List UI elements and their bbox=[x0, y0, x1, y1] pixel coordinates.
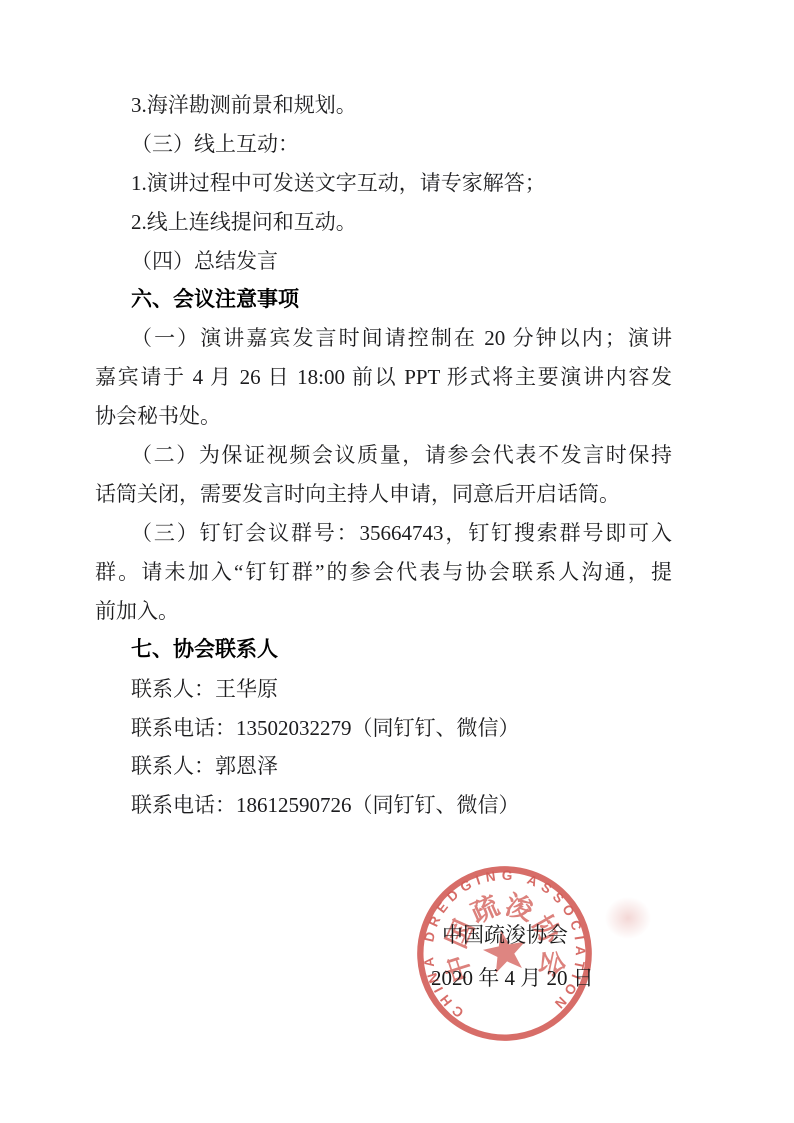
doc-line-interaction-item-1: 1.演讲过程中可发送文字互动，请专家解答； bbox=[95, 164, 672, 203]
doc-line-note-1b: 嘉宾请于 4 月 26 日 18:00 前以 PPT 形式将主要演讲内容发 bbox=[95, 358, 672, 397]
seal-char-jun: 浚 bbox=[502, 888, 537, 926]
contact-phone-line-1: 联系电话：13502032279（同钉钉、微信） bbox=[95, 709, 672, 748]
section-heading-6-meeting-notes: 六、会议注意事项 bbox=[95, 281, 672, 320]
doc-line-note-3c: 前加入。 bbox=[95, 592, 672, 631]
doc-line-note-3b: 群。请未加入“钉钉群”的参会代表与协会联系人沟通，提 bbox=[95, 553, 672, 592]
seal-graphic: CHINA DREDGING ASSOCIATION 中 国 疏 浚 协 会 bbox=[414, 863, 595, 1044]
signature-date: 2020 年 4 月 20 日 bbox=[431, 966, 594, 990]
doc-line-note-3a-dingtalk-group: （三）钉钉会议群号：35664743，钉钉搜索群号即可入 bbox=[95, 514, 672, 553]
doc-line-interaction-item-2: 2.线上连线提问和互动。 bbox=[95, 203, 672, 242]
doc-line-note-2a: （二）为保证视频会议质量，请参会代表不发言时保持 bbox=[95, 436, 672, 475]
signature-organization: 中国疏浚协会 bbox=[442, 923, 568, 947]
contact-phone-line-2: 联系电话：18612590726（同钉钉、微信） bbox=[95, 786, 672, 825]
doc-line-agenda-item-3: 3.海洋勘测前景和规划。 bbox=[95, 86, 672, 125]
doc-line-note-2b: 话筒关闭，需要发言时向主持人申请，同意后开启话筒。 bbox=[95, 475, 672, 514]
doc-line-note-1c: 协会秘书处。 bbox=[95, 397, 672, 436]
official-seal-stamp: CHINA DREDGING ASSOCIATION 中 国 疏 浚 协 会 bbox=[414, 863, 595, 1044]
contact-name-line-2: 联系人：郭恩泽 bbox=[95, 747, 672, 786]
doc-line-note-1a: （一）演讲嘉宾发言时间请控制在 20 分钟以内；演讲 bbox=[95, 319, 672, 358]
doc-line-subsection-4-summary: （四）总结发言 bbox=[95, 242, 672, 281]
document-page: { "document": { "lines": [ {"text": "3.海… bbox=[0, 0, 794, 1123]
stamp-ink-smudge bbox=[604, 896, 652, 940]
section-heading-7-contacts: 七、协会联系人 bbox=[95, 631, 672, 670]
doc-line-subsection-3-online-interaction: （三）线上互动： bbox=[95, 125, 672, 164]
contact-name-line-1: 联系人：王华原 bbox=[95, 670, 672, 709]
document-body: 3.海洋勘测前景和规划。 （三）线上互动： 1.演讲过程中可发送文字互动，请专家… bbox=[95, 86, 672, 825]
